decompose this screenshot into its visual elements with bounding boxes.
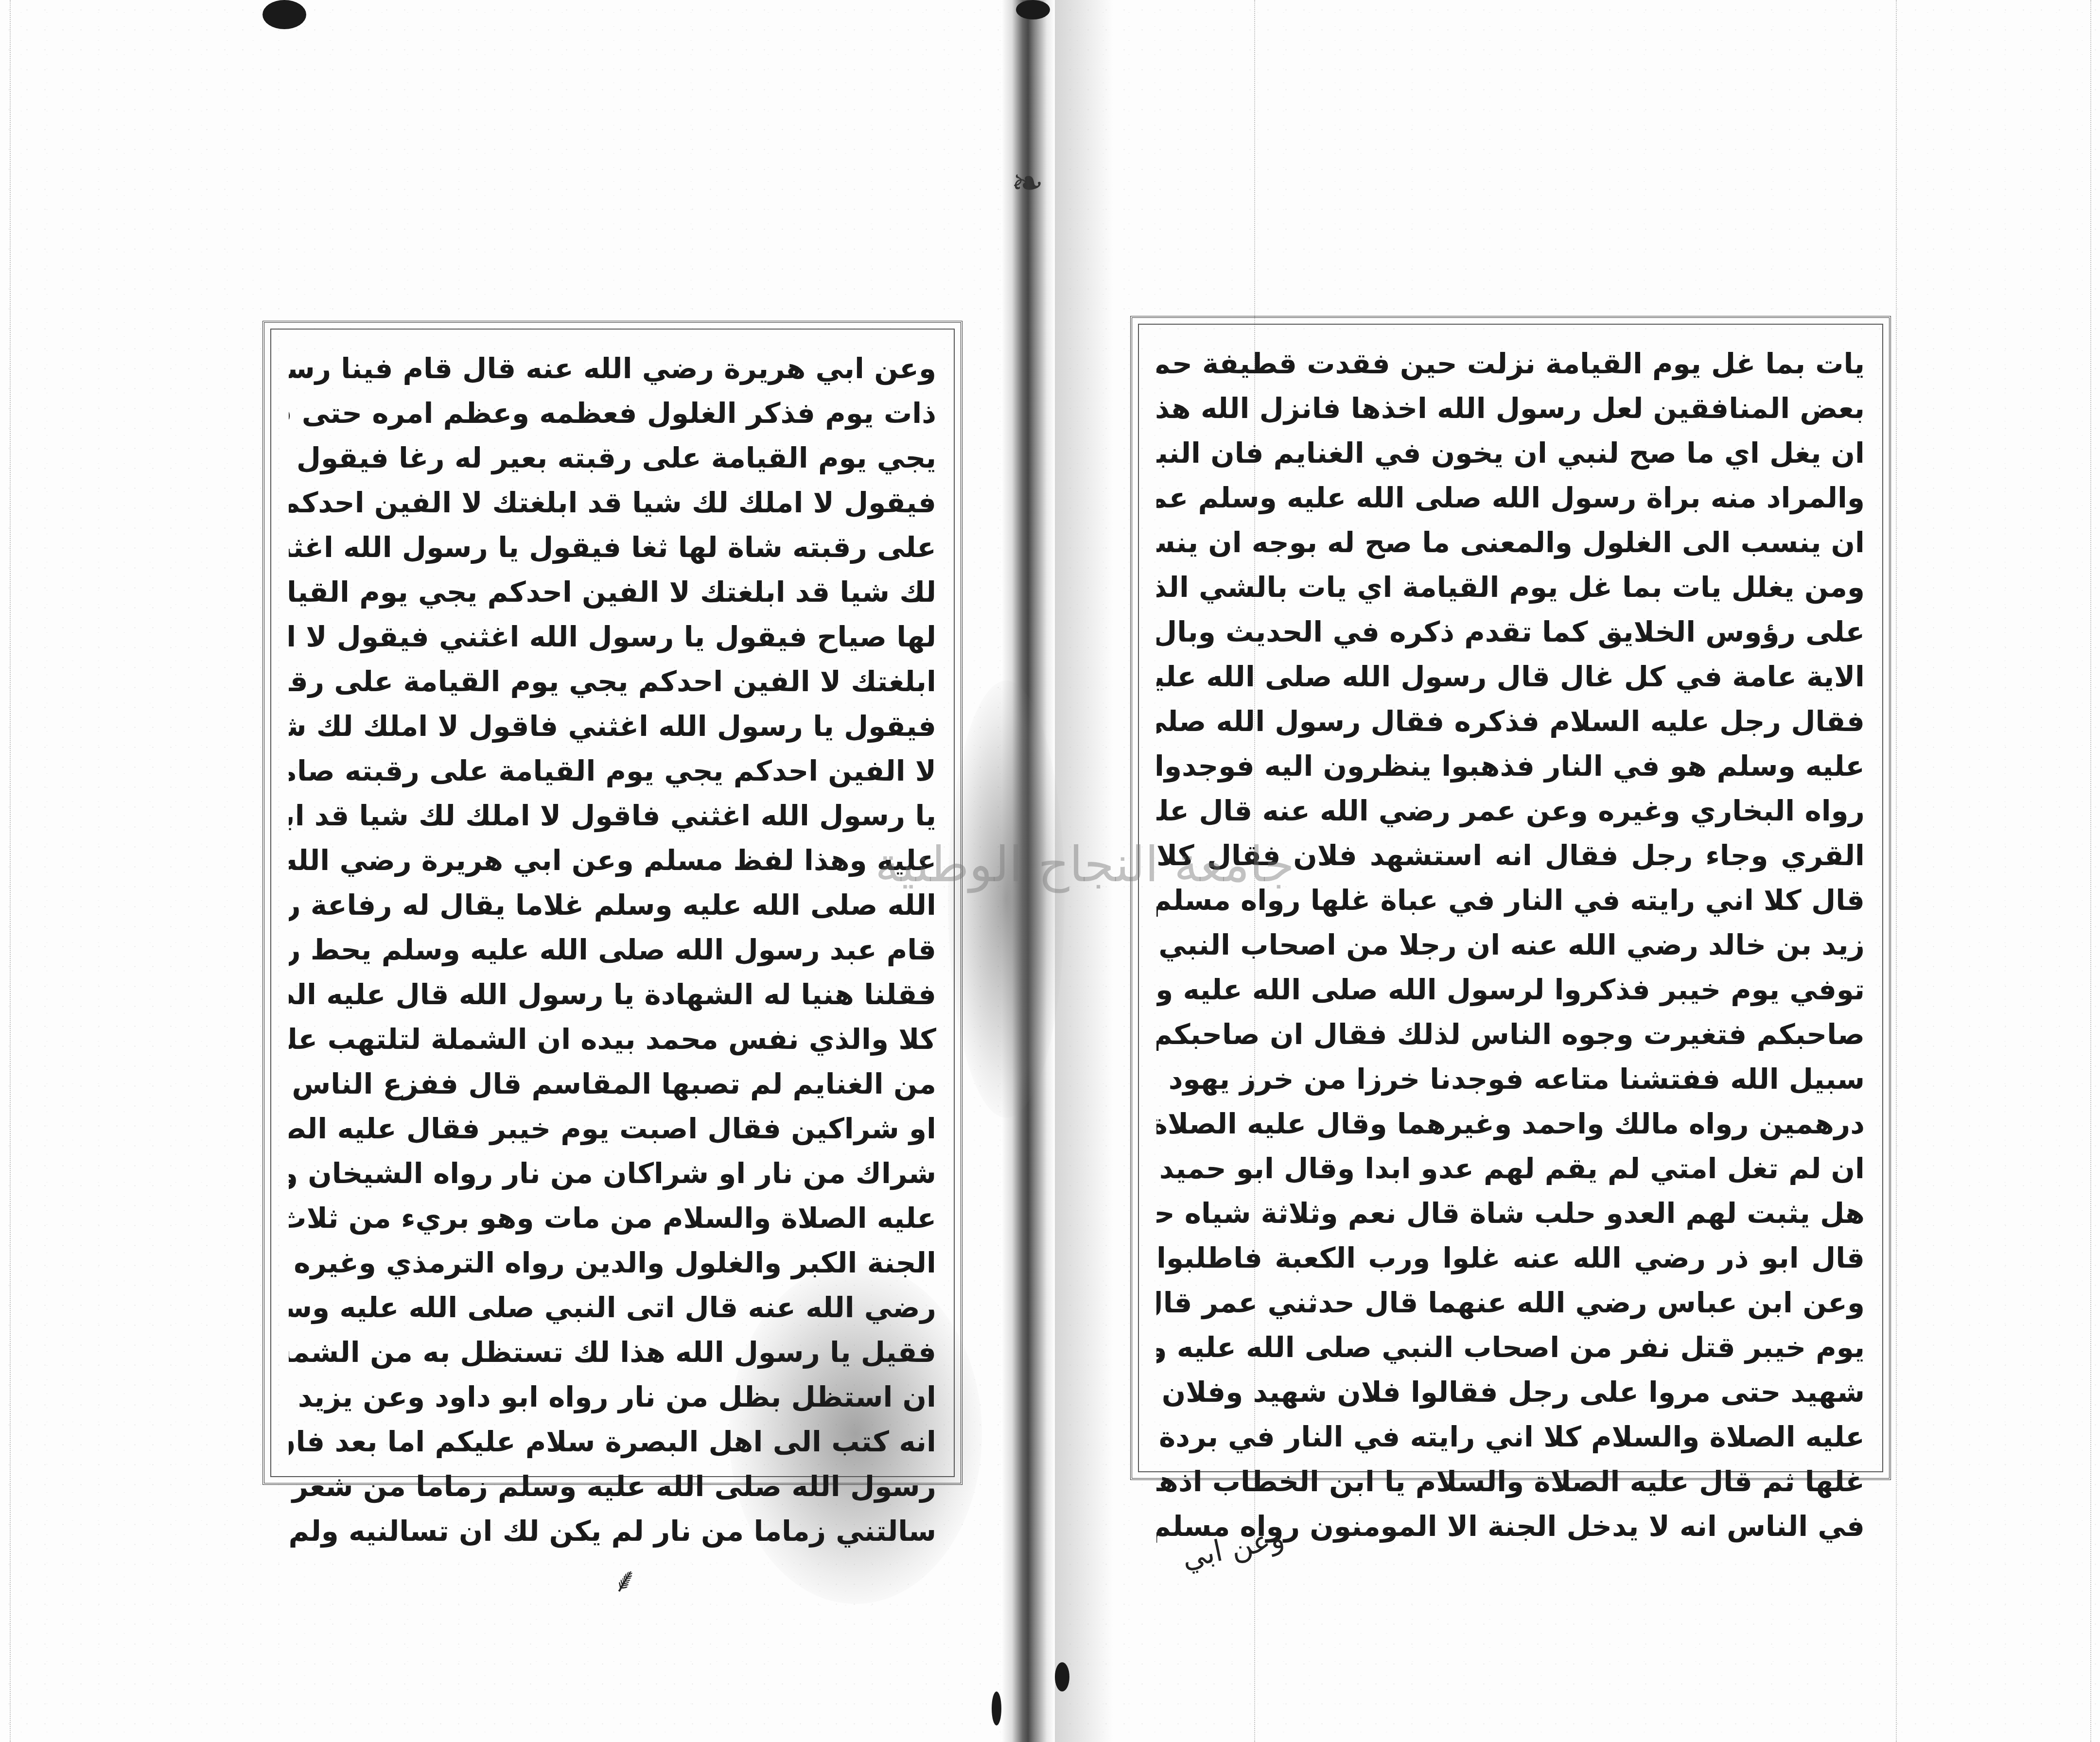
text-line: بعض المنافقين لعل رسول الله اخذها فانزل …: [1156, 386, 1865, 431]
left-page-text-block: وعن ابي هريرة رضي الله عنه قال قام فينا …: [262, 321, 962, 1485]
text-line: انه كتب الى اهل البصرة سلام عليكم اما بع…: [289, 1419, 936, 1464]
text-line: رسول الله صلى الله عليه وسلم زماما من شع…: [289, 1464, 936, 1509]
ink-blot: [1055, 1662, 1069, 1691]
ruled-line: [2090, 0, 2091, 1742]
text-line: فيقول لا املك لك شيا قد ابلغتك لا الفين …: [289, 480, 936, 525]
text-line: توفي يوم خيبر فذكروا لرسول الله صلى الله…: [1156, 967, 1865, 1012]
text-line: زيد بن خالد رضي الله عنه ان رجلا من اصحا…: [1156, 923, 1865, 967]
text-line: ابلغتك لا الفين احدكم يجي يوم القيامة عل…: [289, 659, 936, 704]
text-line: كلا والذي نفس محمد بيده ان الشملة لتلتهب…: [289, 1017, 936, 1062]
text-line: عليه الصلاة والسلام كلا اني رايته في الن…: [1156, 1414, 1865, 1459]
text-line: عليه وسلم هو في النار فذهبوا ينظرون اليه…: [1156, 744, 1865, 788]
text-line: ان ينسب الى الغلول والمعنى ما صح له بوجه…: [1156, 520, 1865, 565]
text-line: على رقبته شاة لها ثغا فيقول يا رسول الله…: [289, 525, 936, 570]
ink-blot: [262, 0, 306, 29]
text-line: يا رسول الله اغثني فاقول لا املك لك شيا …: [289, 793, 936, 838]
text-line: ان لم تغل امتي لم يقم لهم عدو ابدا وقال …: [1156, 1146, 1865, 1191]
text-line: صاحبكم فتغيرت وجوه الناس لذلك فقال ان صا…: [1156, 1012, 1865, 1057]
ink-blot: [992, 1691, 1001, 1725]
ruled-line: [10, 0, 11, 1742]
manuscript-spread: وعن ابي هريرة رضي الله عنه قال قام فينا …: [0, 0, 2100, 1742]
ruled-line: [1896, 0, 1897, 1742]
text-line: فقال رجل عليه السلام فذكره فقال رسول الل…: [1156, 699, 1865, 744]
text-line: ان يغل اي ما صح لنبي ان يخون في الغنايم …: [1156, 431, 1865, 475]
text-line: على رؤوس الخلايق كما تقدم ذكره في الحديث…: [1156, 610, 1865, 654]
text-line: هل يثبت لهم العدو حلب شاة قال نعم وثلاثة…: [1156, 1191, 1865, 1236]
text-line: ومن يغلل يات بما غل يوم القيامة اي يات ب…: [1156, 565, 1865, 610]
text-line: لها صياح فيقول يا رسول الله اغثني فيقول …: [289, 614, 936, 659]
text-line: من الغنايم لم تصبها المقاسم قال ففزع الن…: [289, 1062, 936, 1106]
text-line: يوم خيبر قتل نفر من اصحاب النبي صلى الله…: [1156, 1325, 1865, 1370]
text-line: ان استظل بظل من نار رواه ابو داود وعن يز…: [289, 1375, 936, 1419]
text-line: لك شيا قد ابلغتك لا الفين احدكم يجي يوم …: [289, 570, 936, 614]
text-line: عليه وهذا لفظ مسلم وعن ابي هريرة رضي الل…: [289, 838, 936, 883]
text-line: الجنة الكبر والغلول والدين رواه الترمذي …: [289, 1240, 936, 1285]
text-line: وعن ابي هريرة رضي الله عنه قال قام فينا …: [289, 346, 936, 391]
text-line: شهيد حتى مروا على رجل فقالوا فلان شهيد و…: [1156, 1370, 1865, 1414]
right-page-text-block: يات بما غل يوم القيامة نزلت حين فقدت قطي…: [1130, 316, 1891, 1480]
text-line: قال ابو ذر رضي الله عنه غلوا ورب الكعبة …: [1156, 1236, 1865, 1280]
text-line: فيقول يا رسول الله اغثني فاقول لا املك ل…: [289, 704, 936, 749]
text-line: او شراكين فقال اصبت يوم خيبر فقال عليه ا…: [289, 1106, 936, 1151]
text-line: وعن ابن عباس رضي الله عنهما قال حدثني عم…: [1156, 1280, 1865, 1325]
marginal-flourish-icon: ❧: [1011, 160, 1044, 206]
text-line: يجي يوم القيامة على رقبته بعير له رغا في…: [289, 435, 936, 480]
text-line: الاية عامة في كل غال قال رسول الله صلى ا…: [1156, 654, 1865, 699]
library-watermark: جامعة النجاح الوطنية: [875, 836, 1295, 893]
ink-blot: [1016, 0, 1050, 19]
text-line: عليه الصلاة والسلام من مات وهو بريء من ث…: [289, 1196, 936, 1240]
text-line: قام عبد رسول الله صلى الله عليه وسلم يحط…: [289, 927, 936, 972]
text-line: درهمين رواه مالك واحمد وغيرهما وقال عليه…: [1156, 1101, 1865, 1146]
text-line: رواه البخاري وغيره وعن عمر رضي الله عنه …: [1156, 788, 1865, 833]
text-line: فقيل يا رسول الله هذا لك تستظل به من الش…: [289, 1330, 936, 1375]
text-line: رضي الله عنه قال اتى النبي صلى الله عليه…: [289, 1285, 936, 1330]
ink-stain: [948, 680, 1065, 1118]
folio-mark-icon: ⸙: [612, 1555, 638, 1602]
text-line: فقلنا هنيا له الشهادة يا رسول الله قال ع…: [289, 972, 936, 1017]
text-line: يات بما غل يوم القيامة نزلت حين فقدت قطي…: [1156, 341, 1865, 386]
text-line: الله صلى الله عليه وسلم غلاما يقال له رف…: [289, 883, 936, 927]
text-line: سبيل الله ففتشنا متاعه فوجدنا خرزا من خر…: [1156, 1057, 1865, 1101]
text-line: غلها ثم قال عليه الصلاة والسلام يا ابن ا…: [1156, 1459, 1865, 1504]
text-line: ذات يوم فذكر الغلول فعظمه وعظم امره حتى …: [289, 391, 936, 435]
text-line: لا الفين احدكم يجي يوم القيامة على رقبته…: [289, 749, 936, 793]
text-line: والمراد منه براة رسول الله صلى الله عليه…: [1156, 475, 1865, 520]
text-line: سالتني زماما من نار لم يكن لك ان تسالنيه…: [289, 1509, 936, 1553]
text-line: شراك من نار او شراكان من نار رواه الشيخا…: [289, 1151, 936, 1196]
